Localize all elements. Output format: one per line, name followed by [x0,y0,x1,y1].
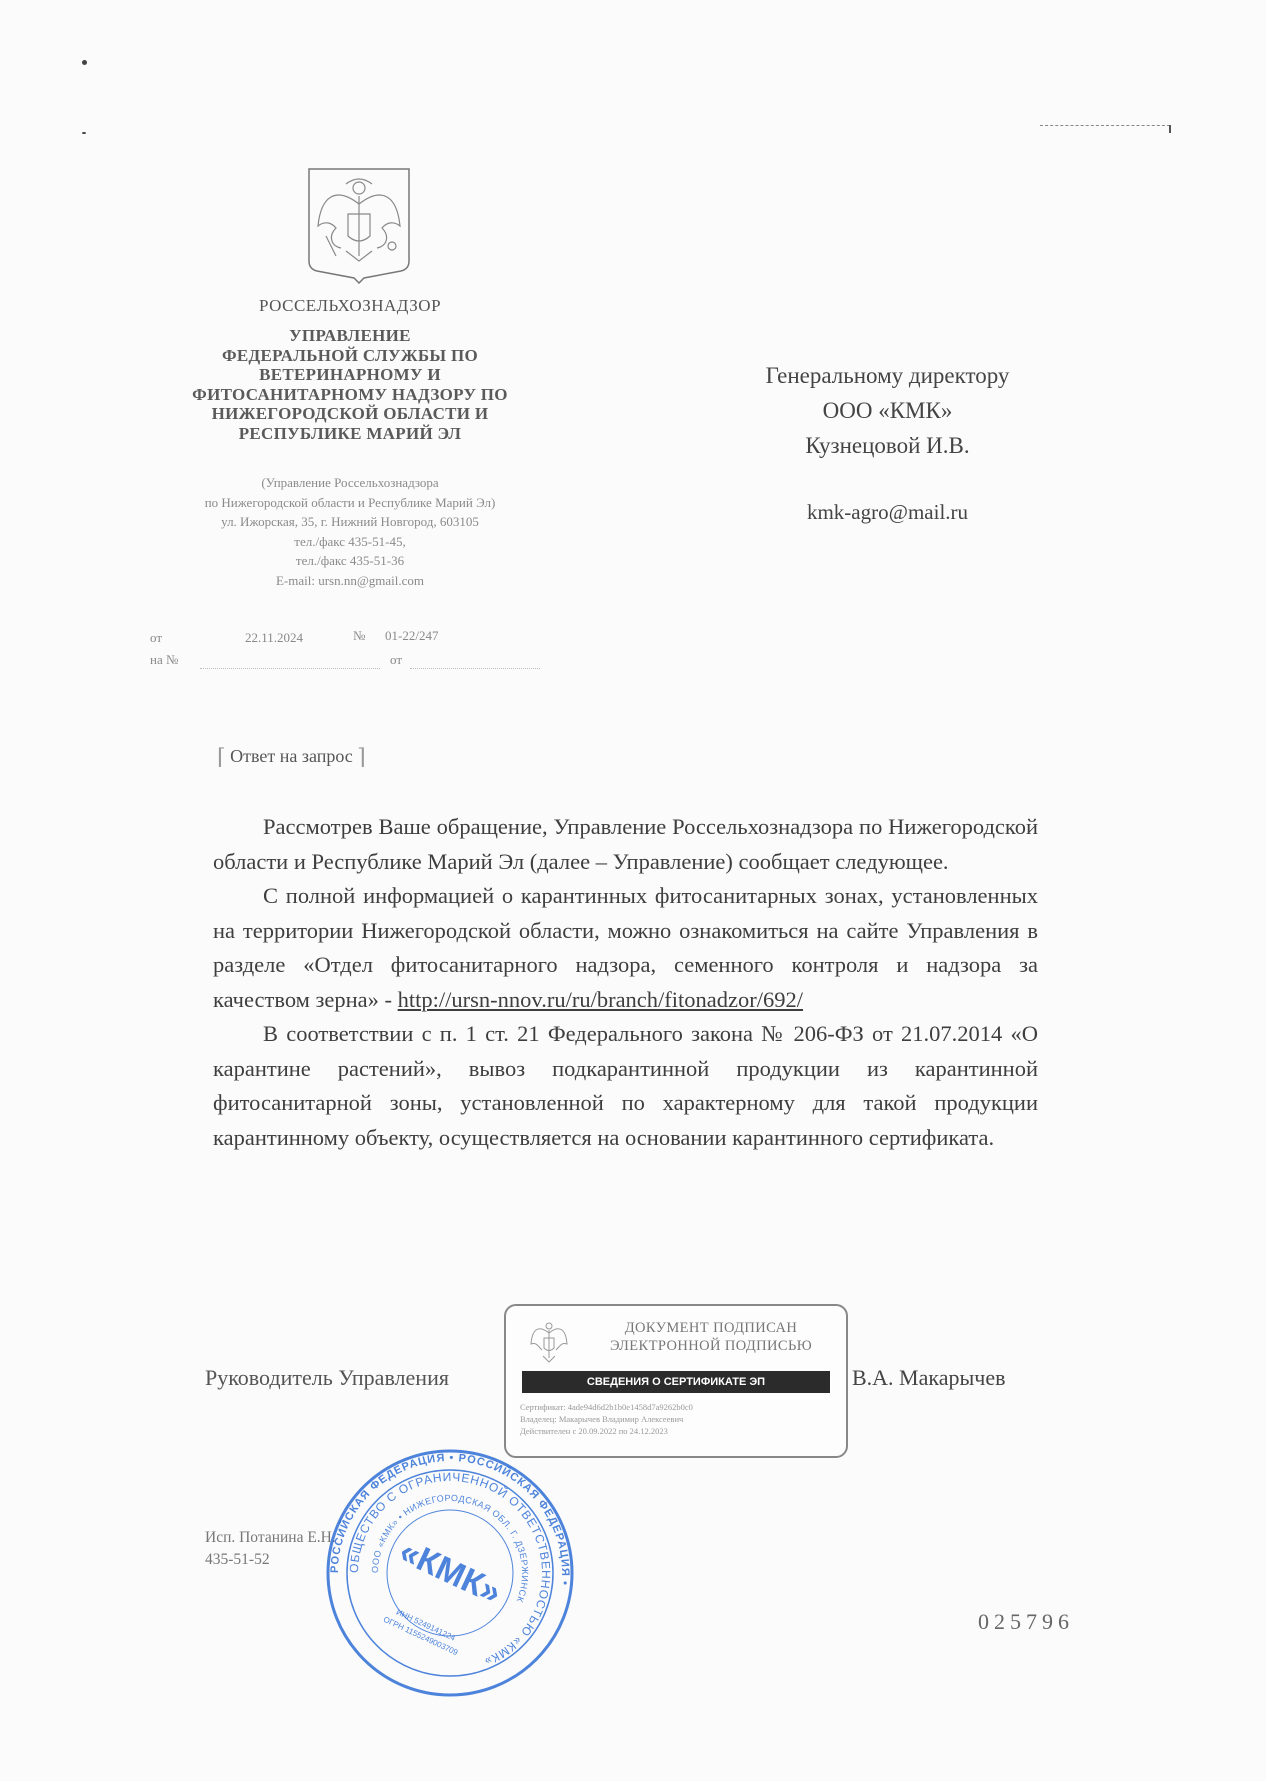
signer-name: В.А. Макарычев [852,1365,1006,1391]
addressee-person: Кузнецовой И.В. [715,428,1060,463]
bracket-right: ⌉ [357,744,366,769]
company-stamp: РОССИЙСКАЯ ФЕДЕРАЦИЯ • РОССИЙСКАЯ ФЕДЕРА… [325,1448,575,1698]
fitonadzor-link[interactable]: http://ursn-nnov.ru/ru/branch/fitonadzor… [398,987,803,1012]
executor-info: Исп. Потанина Е.Н. 435-51-52 [205,1527,336,1571]
bracket-left: ⌈ [217,744,226,769]
subject-line: ⌈ Ответ на запрос ⌉ [217,744,366,770]
addressee-email: kmk-agro@mail.ru [715,495,1060,530]
esign-certificate-header: СВЕДЕНИЯ О СЕРТИФИКАТЕ ЭП [522,1371,830,1393]
coat-of-arms-icon [528,1318,570,1366]
reply-to-label: на № [150,652,178,668]
scan-edge-line [1040,125,1170,126]
body-paragraph-3: В соответствии с п. 1 ст. 21 Федеральног… [213,1017,1038,1155]
esign-title: ДОКУМЕНТ ПОДПИСАН ЭЛЕКТРОННОЙ ПОДПИСЬЮ [586,1319,836,1355]
department-name: УПРАВЛЕНИЕ ФЕДЕРАЛЬНОЙ СЛУЖБЫ ПО ВЕТЕРИН… [150,326,550,443]
reply-from-label: от [390,652,402,668]
scan-speck [82,132,86,134]
serial-number: 025796 [978,1609,1074,1635]
executor-phone: 435-51-52 [205,1549,336,1571]
reply-date-line [410,668,540,669]
department-address: (Управление Россельхознадзора по Нижегор… [150,473,550,590]
registration-date: 22.11.2024 [245,630,303,646]
addressee-block: Генеральному директору ООО «КМК» Кузнецо… [715,358,1060,530]
letter-body: Рассмотрев Ваше обращение, Управление Ро… [213,810,1038,1155]
addressee-company: ООО «КМК» [715,393,1060,428]
agency-name: РОССЕЛЬХОЗНАДЗОР [150,296,550,316]
addressee-position: Генеральному директору [715,358,1060,393]
reply-number-line [200,668,380,669]
registration-number-label: № [353,628,365,644]
esign-certificate-info: Сертификат: 4ade94d6d2b1b0e1458d7a9262b0… [520,1401,693,1437]
stamp-center-text: «КМК» [394,1532,508,1612]
body-paragraph-1: Рассмотрев Ваше обращение, Управление Ро… [213,810,1038,879]
electronic-signature-box: ДОКУМЕНТ ПОДПИСАН ЭЛЕКТРОННОЙ ПОДПИСЬЮ С… [504,1304,848,1458]
body-paragraph-2: С полной информацией о карантинных фитос… [213,879,1038,1017]
registration-from-label: от [150,630,162,646]
signer-role: Руководитель Управления [205,1365,449,1391]
registration-number: 01-22/247 [385,628,438,644]
coat-of-arms-icon [306,166,412,284]
executor-name: Исп. Потанина Е.Н. [205,1527,336,1549]
scan-speck [82,60,87,65]
subject-text: Ответ на запрос [230,746,353,766]
